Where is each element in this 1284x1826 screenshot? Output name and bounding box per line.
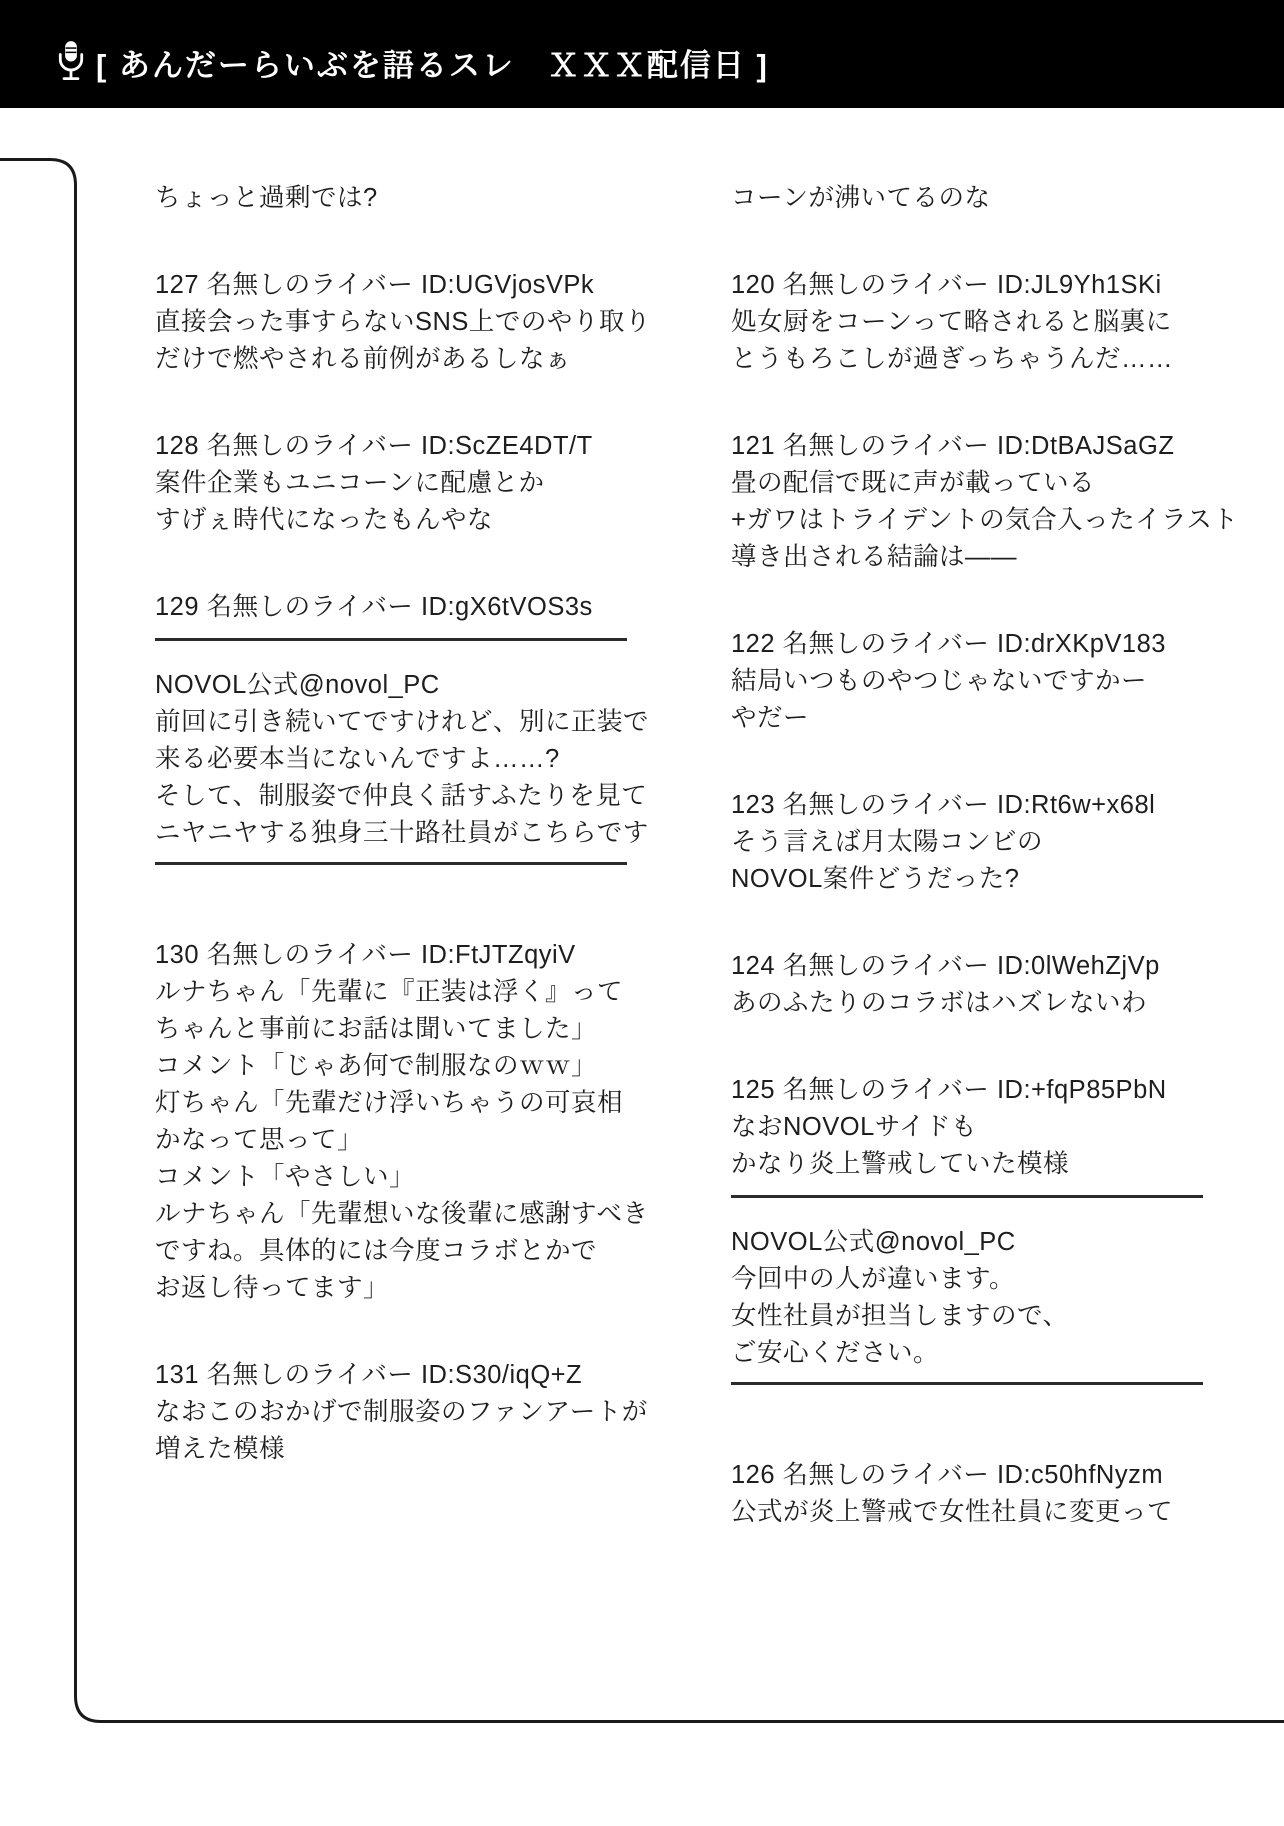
post-line: NOVOL案件どうだった?	[731, 861, 1203, 898]
thread-post: ちょっと過剰では?	[155, 180, 627, 217]
post-line: 124 名無しのライバー ID:0lWehZjVp	[731, 948, 1203, 985]
thread-titlebar: [ あんだーらいぶを語るスレ ＸＸＸ配信日 ]	[0, 0, 1284, 108]
post-line: 畳の配信で既に声が載っている	[731, 465, 1203, 502]
thread-column-left: ちょっと過剰では?127 名無しのライバー ID:UGVjosVPk直接会った事…	[155, 180, 627, 1518]
divider	[731, 1195, 1203, 1198]
post-line: 121 名無しのライバー ID:DtBAJSaGZ	[731, 428, 1203, 465]
post-line: コーンが沸いてるのな	[731, 180, 1203, 217]
post-line: 122 名無しのライバー ID:drXKpV183	[731, 626, 1203, 663]
thread-column-right: コーンが沸いてるのな120 名無しのライバー ID:JL9Yh1SKi処女厨をコ…	[731, 180, 1203, 1581]
post-line: 導き出される結論は――	[731, 539, 1203, 576]
microphone-icon	[56, 39, 86, 85]
post-line: 128 名無しのライバー ID:ScZE4DT/T	[155, 428, 627, 465]
thread-post: 131 名無しのライバー ID:S30/iqQ+Zなおこのおかげで制服姿のファン…	[155, 1357, 627, 1468]
post-line: NOVOL公式@novol_PC	[155, 667, 627, 704]
thread-post: コーンが沸いてるのな	[731, 180, 1203, 217]
post-line: 結局いつものやつじゃないですかー	[731, 663, 1203, 700]
novel-thread-page: [ あんだーらいぶを語るスレ ＸＸＸ配信日 ] ちょっと過剰では?127 名無し…	[0, 0, 1284, 1826]
post-line: だけで燃やされる前例があるしなぁ	[155, 341, 627, 378]
post-line: 女性社員が担当しますので、	[731, 1298, 1203, 1335]
thread-post: 127 名無しのライバー ID:UGVjosVPk直接会った事すらないSNS上で…	[155, 267, 627, 378]
post-line: 前回に引き続いてですけれど、別に正装で	[155, 704, 627, 741]
post-line: なおこのおかげで制服姿のファンアートが	[155, 1394, 627, 1431]
post-line: +ガワはトライデントの気合入ったイラスト	[731, 502, 1203, 539]
post-line: あのふたりのコラボはハズレないわ	[731, 985, 1203, 1022]
post-line: ですね。具体的には今度コラボとかで	[155, 1233, 627, 1270]
post-line: お返し待ってます」	[155, 1270, 627, 1307]
thread-title: [ あんだーらいぶを語るスレ ＸＸＸ配信日 ]	[96, 40, 769, 85]
post-line: 127 名無しのライバー ID:UGVjosVPk	[155, 267, 627, 304]
post-line: 灯ちゃん「先輩だけ浮いちゃうの可哀相	[155, 1085, 627, 1122]
post-line: NOVOL公式@novol_PC	[731, 1224, 1203, 1261]
post-line: 案件企業もユニコーンに配慮とか	[155, 465, 627, 502]
divider	[155, 638, 627, 641]
post-line: すげぇ時代になったもんやな	[155, 502, 627, 539]
official-post: NOVOL公式@novol_PC前回に引き続いてですけれど、別に正装で来る必要本…	[155, 638, 627, 865]
post-line: そう言えば月太陽コンビの	[731, 824, 1203, 861]
post-line: 公式が炎上警戒で女性社員に変更って	[731, 1494, 1203, 1531]
post-line: 129 名無しのライバー ID:gX6tVOS3s	[155, 589, 627, 626]
post-line: ルナちゃん「先輩想いな後輩に感謝すべき	[155, 1196, 627, 1233]
divider	[155, 862, 627, 865]
thread-post: 122 名無しのライバー ID:drXKpV183結局いつものやつじゃないですか…	[731, 626, 1203, 737]
post-line: 131 名無しのライバー ID:S30/iqQ+Z	[155, 1357, 627, 1394]
thread-post: 123 名無しのライバー ID:Rt6w+x68lそう言えば月太陽コンビのNOV…	[731, 787, 1203, 898]
post-line: とうもろこしが過ぎっちゃうんだ……	[731, 341, 1203, 378]
thread-post: 128 名無しのライバー ID:ScZE4DT/T案件企業もユニコーンに配慮とか…	[155, 428, 627, 539]
post-line: 126 名無しのライバー ID:c50hfNyzm	[731, 1457, 1203, 1494]
post-line: ニヤニヤする独身三十路社員がこちらです	[155, 815, 627, 852]
post-line: コメント「じゃあ何で制服なのｗｗ」	[155, 1048, 627, 1085]
post-line: そして、制服姿で仲良く話すふたりを見て	[155, 778, 627, 815]
post-line: 来る必要本当にないんですよ……?	[155, 741, 627, 778]
thread-post: 124 名無しのライバー ID:0lWehZjVpあのふたりのコラボはハズレない…	[731, 948, 1203, 1022]
thread-post: 130 名無しのライバー ID:FtJTZqyiVルナちゃん「先輩に『正装は浮く…	[155, 937, 627, 1307]
post-line: 直接会った事すらないSNS上でのやり取り	[155, 304, 627, 341]
post-line: なおNOVOLサイドも	[731, 1109, 1203, 1146]
post-line: やだー	[731, 700, 1203, 737]
thread-post: 121 名無しのライバー ID:DtBAJSaGZ畳の配信で既に声が載っている+…	[731, 428, 1203, 576]
post-line: 処女厨をコーンって略されると脳裏に	[731, 304, 1203, 341]
post-line: かなり炎上警戒していた模様	[731, 1146, 1203, 1183]
post-line: 123 名無しのライバー ID:Rt6w+x68l	[731, 787, 1203, 824]
official-post: NOVOL公式@novol_PC今回中の人が違います。女性社員が担当しますので、…	[731, 1195, 1203, 1385]
post-line: 130 名無しのライバー ID:FtJTZqyiV	[155, 937, 627, 974]
post-line: コメント「やさしい」	[155, 1159, 627, 1196]
post-line: ちょっと過剰では?	[155, 180, 627, 217]
post-line: かなって思って」	[155, 1122, 627, 1159]
thread-post: 125 名無しのライバー ID:+fqP85PbNなおNOVOLサイドもかなり炎…	[731, 1072, 1203, 1183]
post-line: ちゃんと事前にお話は聞いてました」	[155, 1011, 627, 1048]
divider	[731, 1382, 1203, 1385]
thread-post: 129 名無しのライバー ID:gX6tVOS3s	[155, 589, 627, 626]
post-line: 今回中の人が違います。	[731, 1261, 1203, 1298]
post-line: 125 名無しのライバー ID:+fqP85PbN	[731, 1072, 1203, 1109]
thread-post: 126 名無しのライバー ID:c50hfNyzm公式が炎上警戒で女性社員に変更…	[731, 1457, 1203, 1531]
post-line: ご安心ください。	[731, 1335, 1203, 1372]
post-line: ルナちゃん「先輩に『正装は浮く』って	[155, 974, 627, 1011]
thread-post: 120 名無しのライバー ID:JL9Yh1SKi処女厨をコーンって略されると脳…	[731, 267, 1203, 378]
post-line: 120 名無しのライバー ID:JL9Yh1SKi	[731, 267, 1203, 304]
post-line: 増えた模様	[155, 1431, 627, 1468]
